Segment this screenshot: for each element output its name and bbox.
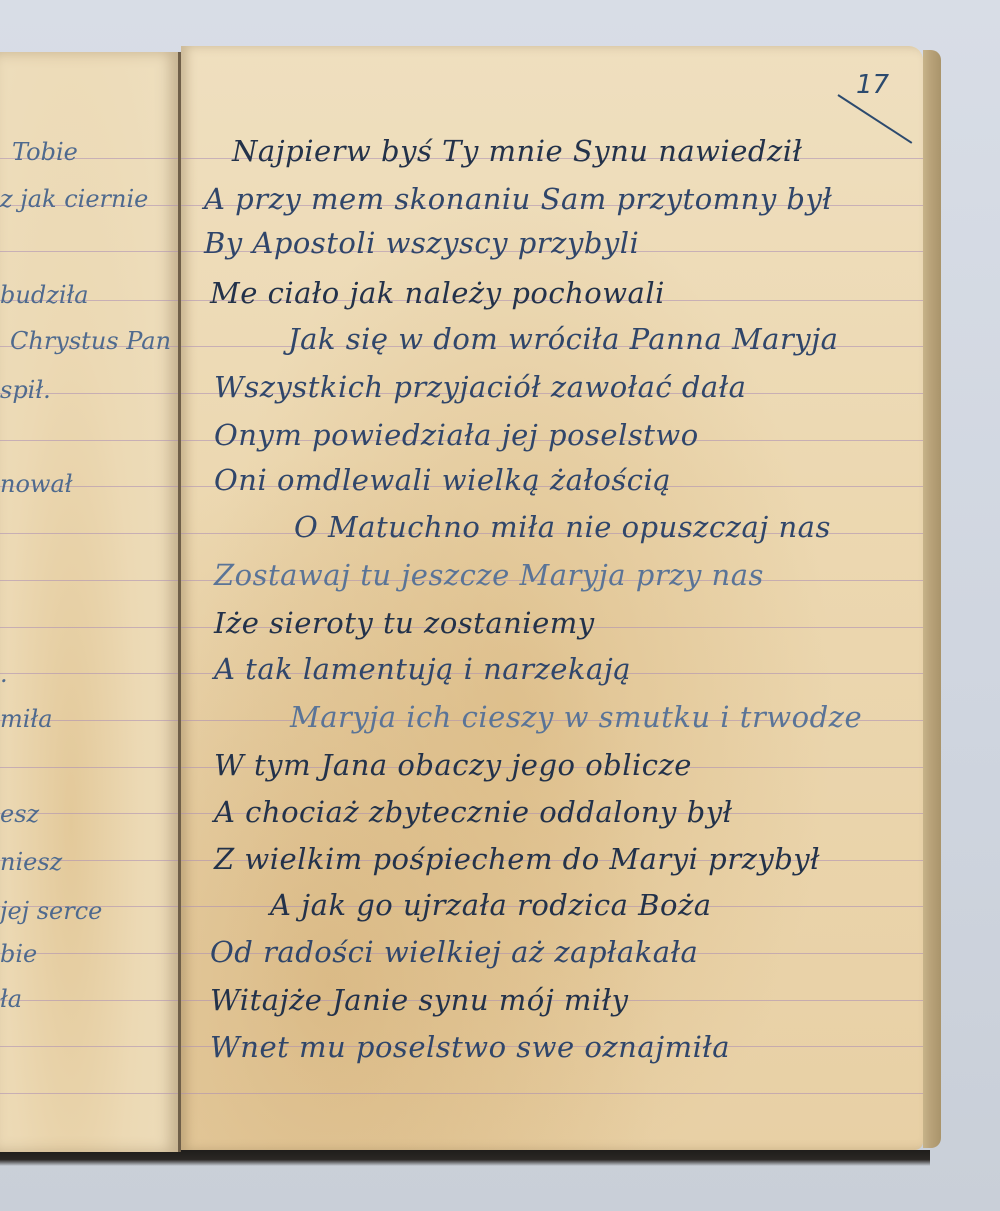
left-page-fragment: jej serce bbox=[0, 897, 102, 925]
ruled-line bbox=[0, 1093, 178, 1094]
handwritten-line: Wszystkich przyjaciół zawołać dała bbox=[214, 370, 746, 404]
left-page-fragment: Chrystus Pan bbox=[10, 327, 171, 355]
handwritten-line: Z wielkim pośpiechem do Maryi przybył bbox=[214, 842, 820, 876]
left-ruled-lines bbox=[0, 52, 178, 1152]
handwritten-line: By Apostoli wszyscy przybyli bbox=[204, 226, 639, 260]
left-page-fragment: z jak ciernie bbox=[0, 185, 148, 213]
handwritten-line: Maryja ich cieszy w smutku i trwodze bbox=[290, 700, 862, 734]
left-page-fragment: Tobie bbox=[12, 138, 78, 166]
handwritten-line: A tak lamentują i narzekają bbox=[214, 652, 631, 686]
handwritten-line: Wnet mu poselstwo swe oznajmiła bbox=[210, 1030, 730, 1064]
page-number: 17 bbox=[856, 70, 889, 100]
ruled-line bbox=[0, 440, 178, 441]
handwritten-line: Najpierw byś Ty mnie Synu nawiedził bbox=[232, 134, 802, 168]
ruled-line bbox=[0, 1046, 178, 1047]
handwritten-line: Me ciało jak należy pochowali bbox=[210, 276, 665, 310]
left-page-fragment: nował bbox=[0, 470, 73, 498]
ruled-line bbox=[0, 1000, 178, 1001]
ruled-line bbox=[0, 533, 178, 534]
page-edge bbox=[923, 50, 941, 1148]
handwritten-line: Iże sieroty tu zostaniemy bbox=[214, 606, 595, 640]
handwritten-line: Jak się w dom wróciła Panna Maryja bbox=[288, 322, 838, 356]
handwritten-line: Witajże Janie synu mój miły bbox=[210, 983, 628, 1017]
ruled-line bbox=[0, 627, 178, 628]
left-page-fragment: bie bbox=[0, 940, 37, 968]
left-page: Tobiez jak cierniebudziłaChrystus Panspi… bbox=[0, 52, 181, 1152]
handwritten-line: A jak go ujrzała rodzica Boża bbox=[270, 888, 712, 922]
handwritten-line: A chociaż zbytecznie oddalony był bbox=[214, 795, 732, 829]
left-page-fragment: spił. bbox=[0, 376, 51, 404]
handwritten-line: Zostawaj tu jeszcze Maryja przy nas bbox=[214, 558, 764, 592]
book-shadow bbox=[0, 1150, 930, 1166]
left-page-fragment: ła bbox=[0, 985, 22, 1013]
left-page-fragment: miła bbox=[0, 705, 53, 733]
ruled-line bbox=[0, 251, 178, 252]
ruled-line bbox=[0, 767, 178, 768]
handwritten-line: W tym Jana obaczy jego oblicze bbox=[214, 748, 692, 782]
handwritten-line: O Matuchno miła nie opuszczaj nas bbox=[294, 510, 831, 544]
left-page-fragment: esz bbox=[0, 800, 39, 828]
left-page-fragment: budziła bbox=[0, 281, 89, 309]
ruled-line bbox=[181, 1093, 923, 1094]
handwritten-line: Onym powiedziała jej poselstwo bbox=[214, 418, 699, 452]
handwritten-line: A przy mem skonaniu Sam przytomny był bbox=[204, 182, 832, 216]
left-page-fragment: . bbox=[0, 660, 8, 688]
ruled-line bbox=[0, 580, 178, 581]
handwritten-line: Oni omdlewali wielką żałością bbox=[214, 463, 671, 497]
left-page-fragment: niesz bbox=[0, 848, 62, 876]
handwritten-line: Od radości wielkiej aż zapłakała bbox=[210, 935, 698, 969]
ruled-line bbox=[0, 673, 178, 674]
